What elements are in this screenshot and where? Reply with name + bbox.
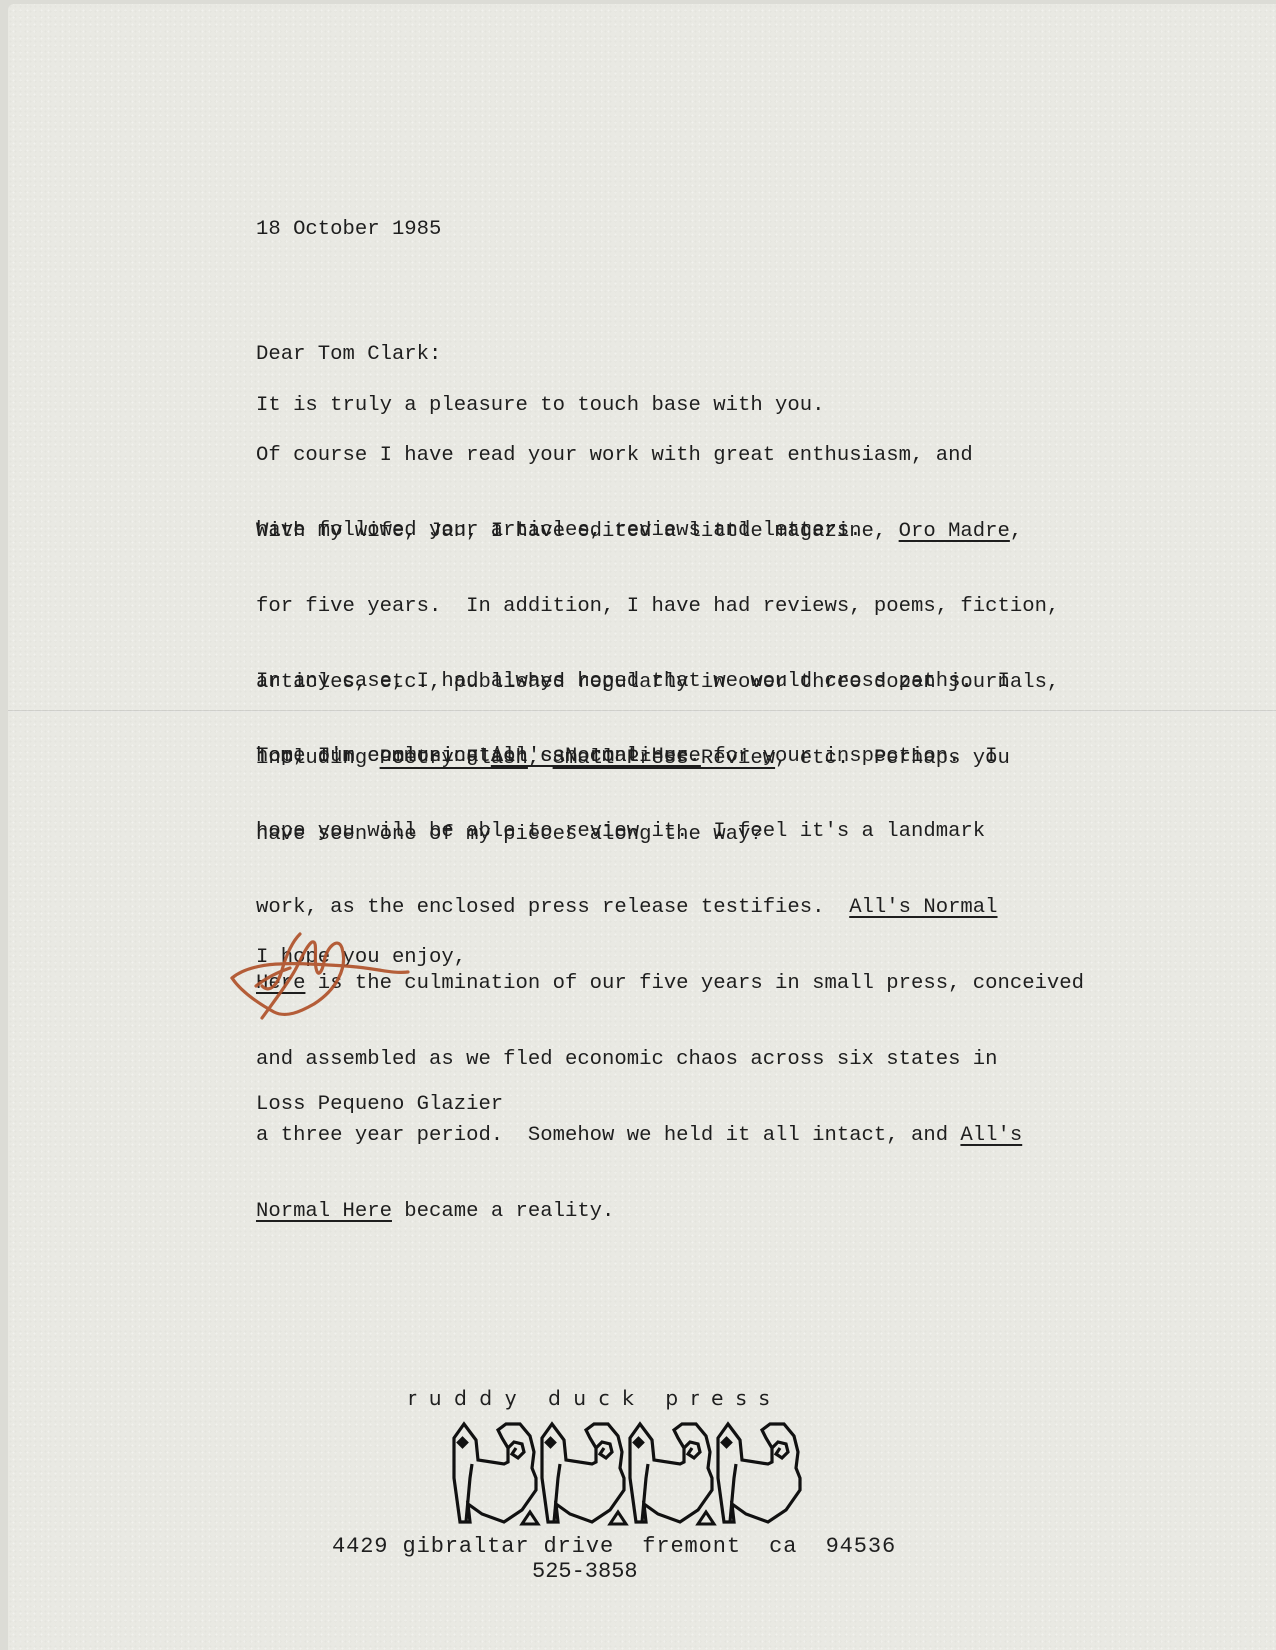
magazine-title-oro-madre: Oro Madre (899, 520, 1010, 543)
text-run: With my wife, Jan, I have edited a littl… (256, 520, 899, 543)
signer-name: Loss Pequeno Glazier (256, 1092, 503, 1117)
book-title-alls-normal-here: All's (960, 1124, 1022, 1147)
paragraph-line: for five years. In addition, I have had … (256, 594, 1059, 619)
paragraph-line: hope you will be able to review it. I fe… (256, 819, 1084, 844)
date-text: 18 October 1985 (256, 217, 441, 242)
press-name: ruddy duck press (408, 1386, 782, 1410)
book-title-alls-normal-here: All's Normal (849, 896, 997, 919)
paragraph-line: Normal Here became a reality. (256, 1199, 1084, 1224)
letterhead-phone: 525-3858 (532, 1559, 638, 1584)
letter-date: 18 October 1985 (256, 166, 441, 267)
book-title-alls-normal-here: Normal Here (256, 1200, 392, 1223)
text-run: for your inspection. I (701, 745, 998, 768)
paragraph-line: In any case, I had always hoped that we … (256, 669, 1010, 694)
text-run: Tom, I'm enclosing (256, 745, 491, 768)
signature-icon (226, 928, 421, 1028)
paragraph-line: Of course I have read your work with gre… (256, 443, 973, 468)
paragraph-line: With my wife, Jan, I have edited a littl… (256, 519, 1059, 544)
book-title-alls-normal-here: All's Normal Here (491, 745, 701, 768)
signer-block: Loss Pequeno Glazier (256, 1041, 503, 1142)
paragraph-line: Tom, I'm enclosing All's Normal Here for… (256, 744, 1084, 769)
letterhead-address: 4429 gibraltar drive fremont ca 94536 (332, 1534, 896, 1559)
text-run: became a reality. (392, 1200, 614, 1223)
four-ducks-logo-icon (446, 1418, 816, 1528)
text-run: , (1010, 520, 1022, 543)
